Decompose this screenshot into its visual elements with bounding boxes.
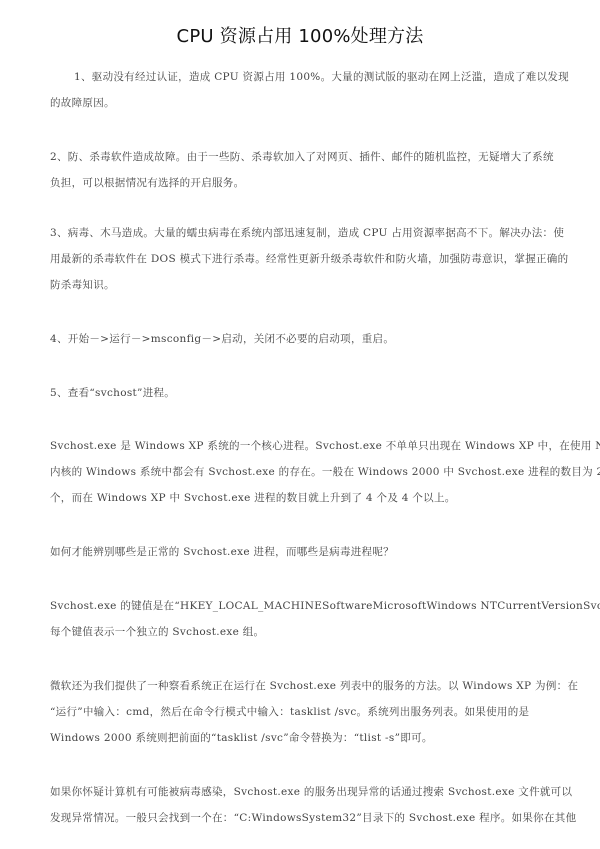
paragraph-line: 1、驱动没有经过认证，造成 CPU 资源占用 100%。大量的测试版的驱动在网上…	[50, 64, 555, 90]
document-page: CPU 资源占用 100%处理方法 1、驱动没有经过认证，造成 CPU 资源占用…	[0, 0, 600, 849]
paragraph-driver-cause: 1、驱动没有经过认证，造成 CPU 资源占用 100%。大量的测试版的驱动在网上…	[50, 64, 555, 116]
paragraph-virus-cause: 3、病毒、木马造成。大量的蠕虫病毒在系统内部迅速复制，造成 CPU 占用资源率据…	[50, 220, 555, 298]
paragraph-line: 4、开始－>运行－>msconfig－>启动，关闭不必要的启动项，重启。	[50, 326, 555, 352]
paragraph-line: 的故障原因。	[50, 90, 555, 116]
paragraph-line: Windows 2000 系统则把前面的“tasklist /svc”命令替换为…	[50, 725, 555, 751]
paragraph-line: 负担，可以根据情况有选择的开启服务。	[50, 170, 555, 196]
paragraph-line: 如何才能辨别哪些是正常的 Svchost.exe 进程，而哪些是病毒进程呢？	[50, 539, 555, 565]
paragraph-line: 微软还为我们提供了一种察看系统正在运行在 Svchost.exe 列表中的服务的…	[50, 673, 555, 699]
paragraph-line: 3、病毒、木马造成。大量的蠕虫病毒在系统内部迅速复制，造成 CPU 占用资源率据…	[50, 220, 555, 246]
paragraph-line: 个，而在 Windows XP 中 Svchost.exe 进程的数目就上升到了…	[50, 485, 555, 511]
paragraph-infection-check: 如果你怀疑计算机有可能被病毒感染，Svchost.exe 的服务出现异常的话通过…	[50, 779, 555, 831]
paragraph-question: 如何才能辨别哪些是正常的 Svchost.exe 进程，而哪些是病毒进程呢？	[50, 539, 555, 565]
paragraph-svchost-step: 5、查看“svchost”进程。	[50, 380, 555, 406]
paragraph-line: 5、查看“svchost”进程。	[50, 380, 555, 406]
paragraph-line: 防杀毒知识。	[50, 272, 555, 298]
paragraph-line: 用最新的杀毒软件在 DOS 模式下进行杀毒。经常性更新升级杀毒软件和防火墙，加强…	[50, 246, 555, 272]
document-title: CPU 资源占用 100%处理方法	[0, 22, 600, 48]
paragraph-line: 如果你怀疑计算机有可能被病毒感染，Svchost.exe 的服务出现异常的话通过…	[50, 779, 555, 805]
paragraph-registry-key: Svchost.exe 的键值是在“HKEY_LOCAL_MACHINESoft…	[50, 593, 555, 645]
paragraph-line: 发现异常情况。一般只会找到一个在：“C:WindowsSystem32”目录下的…	[50, 805, 555, 831]
paragraph-tasklist-method: 微软还为我们提供了一种察看系统正在运行在 Svchost.exe 列表中的服务的…	[50, 673, 555, 751]
paragraph-line: 内核的 Windows 系统中都会有 Svchost.exe 的存在。一般在 W…	[50, 459, 555, 485]
paragraph-msconfig-step: 4、开始－>运行－>msconfig－>启动，关闭不必要的启动项，重启。	[50, 326, 555, 352]
paragraph-line: 每个键值表示一个独立的 Svchost.exe 组。	[50, 619, 555, 645]
paragraph-antivirus-cause: 2、防、杀毒软件造成故障。由于一些防、杀毒软加入了对网页、插件、邮件的随机监控，…	[50, 144, 555, 196]
paragraph-line: “运行”中输入：cmd，然后在命令行模式中输入：tasklist /svc。系统…	[50, 699, 555, 725]
paragraph-line: Svchost.exe 的键值是在“HKEY_LOCAL_MACHINESoft…	[50, 593, 555, 619]
paragraph-svchost-description: Svchost.exe 是 Windows XP 系统的一个核心进程。Svcho…	[50, 433, 555, 511]
paragraph-line: 2、防、杀毒软件造成故障。由于一些防、杀毒软加入了对网页、插件、邮件的随机监控，…	[50, 144, 555, 170]
paragraph-line: Svchost.exe 是 Windows XP 系统的一个核心进程。Svcho…	[50, 433, 555, 459]
